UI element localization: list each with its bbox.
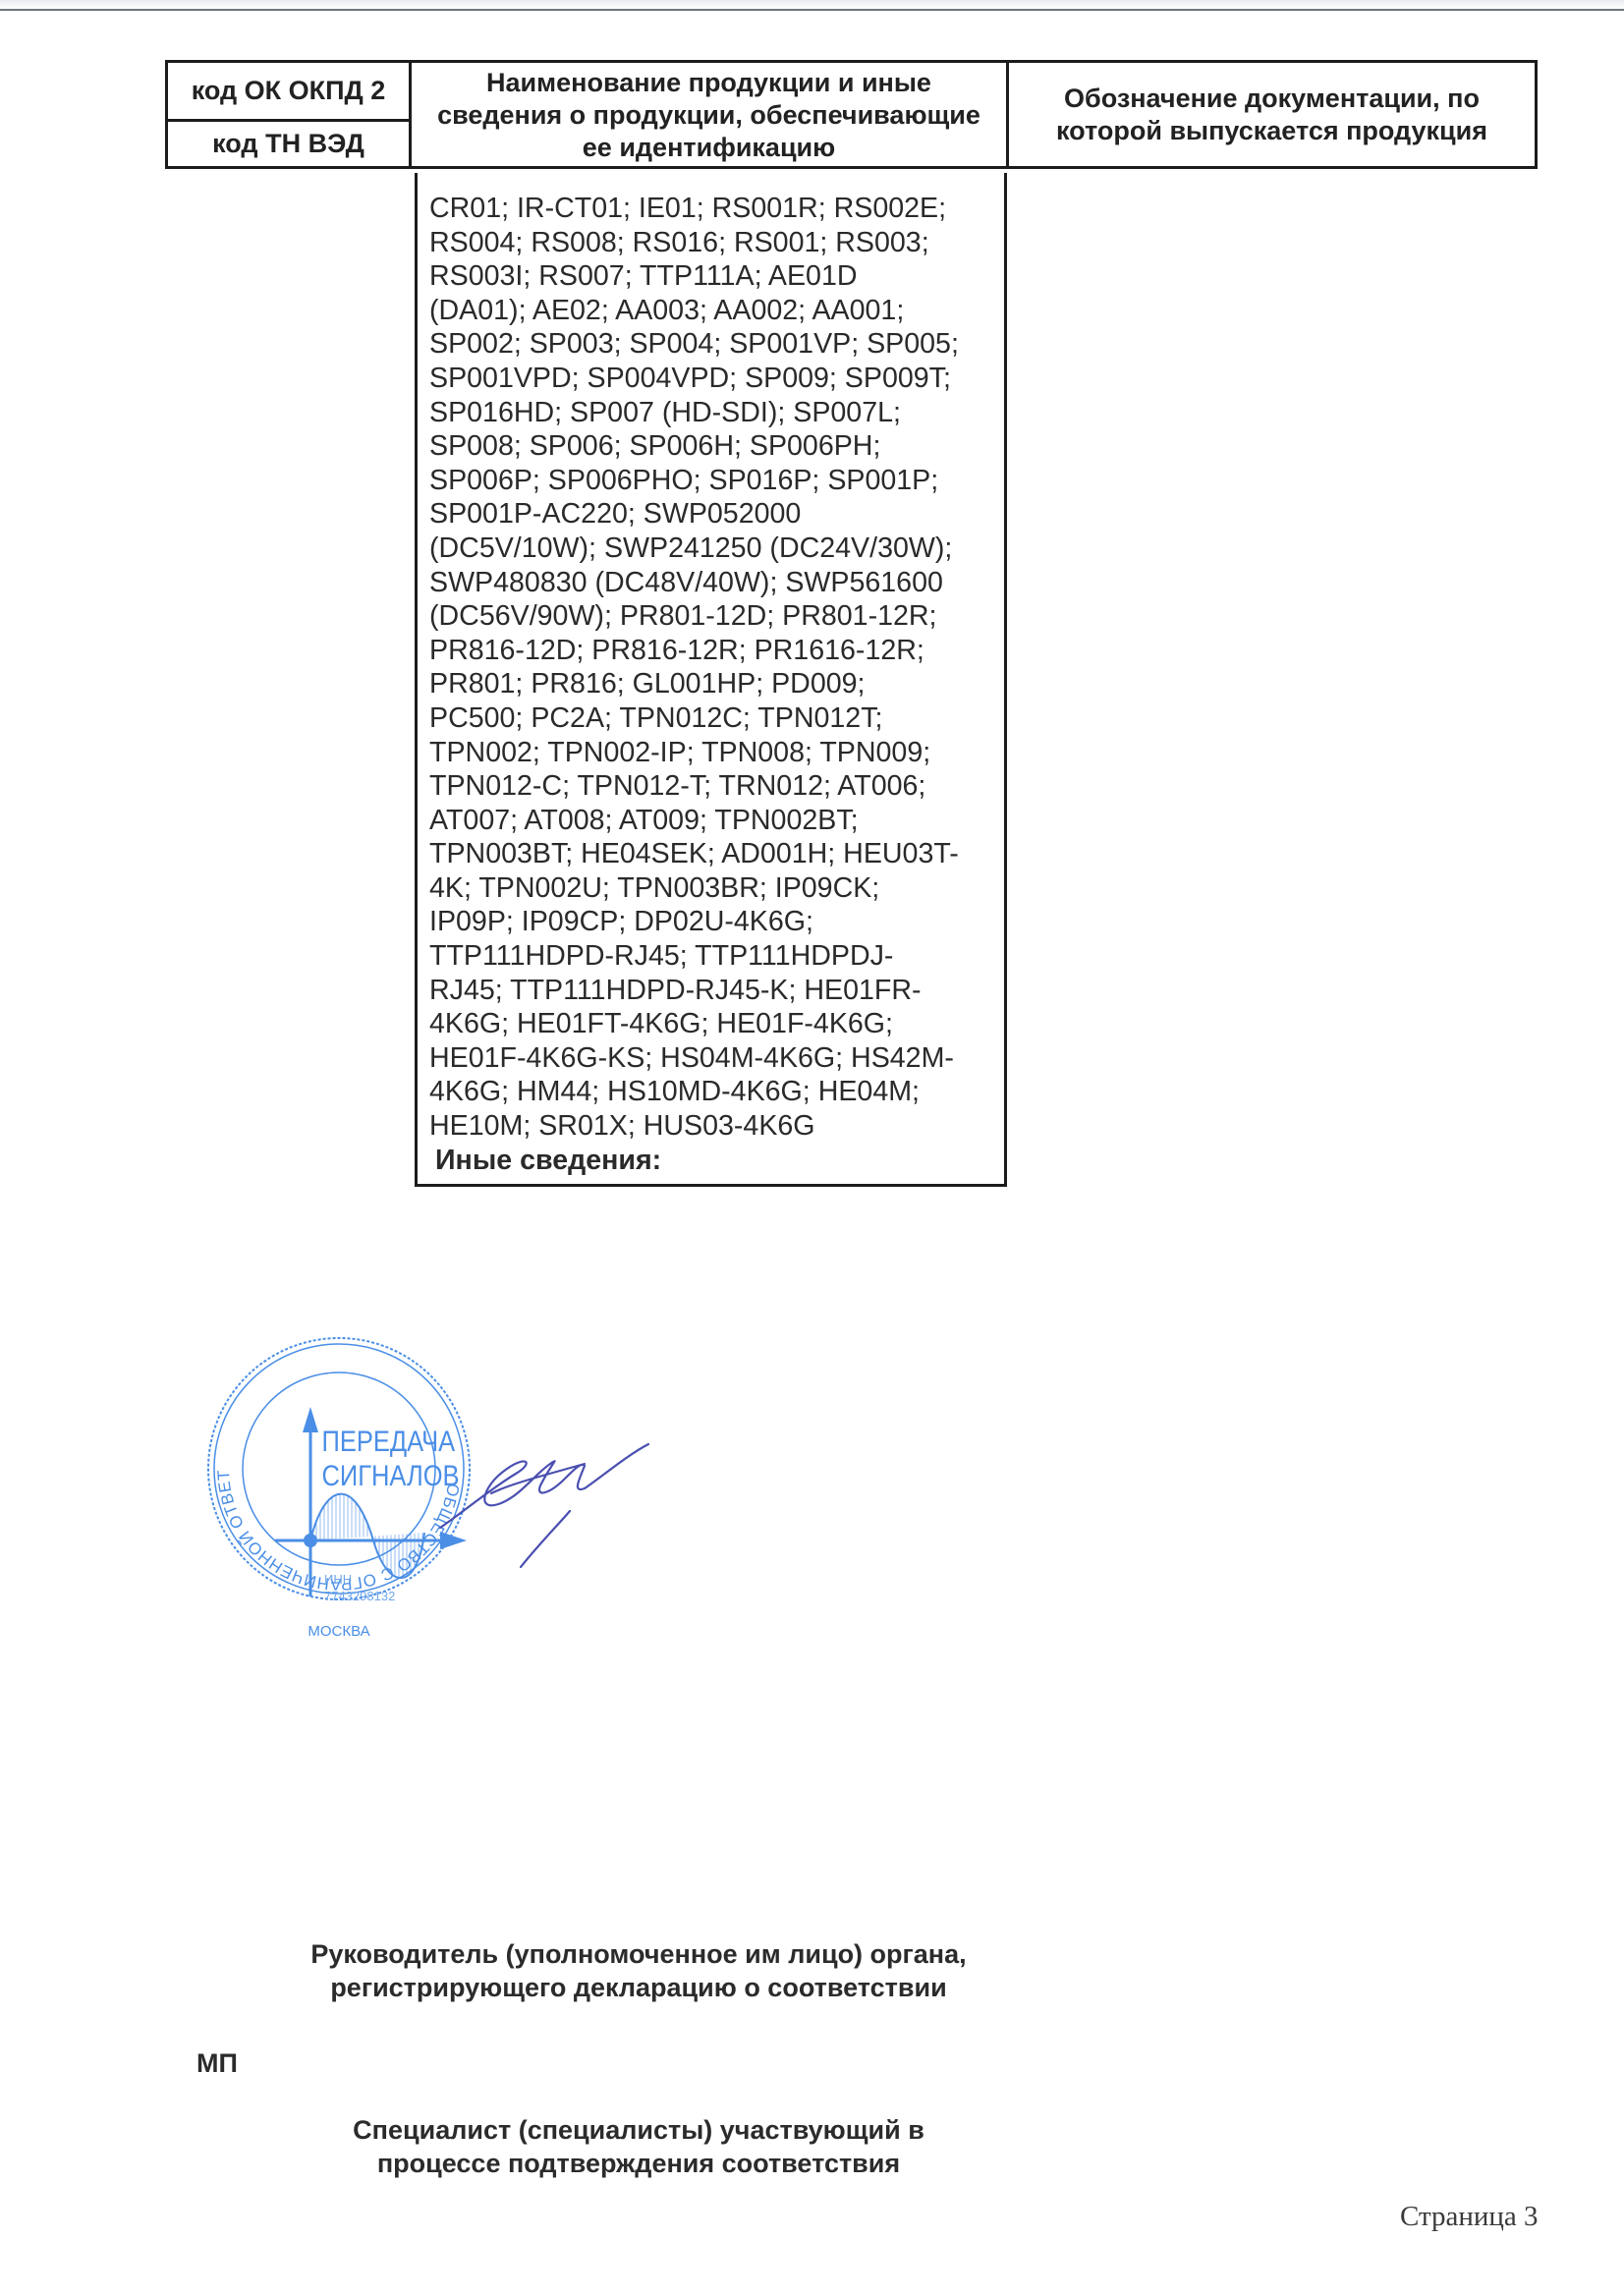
documentation-header-text: Обозначение документации, по которой вып… [1009,83,1535,147]
scan-edge [0,0,1624,11]
page-number: Страница 3 [1400,2201,1539,2233]
product-info-cell: CR01; IR-CT01; IE01; RS001R; RS002E; RS0… [415,173,1007,1187]
product-model-list: CR01; IR-CT01; IE01; RS001R; RS002E; RS0… [429,192,1004,1144]
product-name-header: Наименование продукции и иные сведения о… [411,62,1008,168]
documentation-header: Обозначение документации, по которой вып… [1008,62,1537,168]
seal-city: МОСКВА [308,1623,369,1640]
seal-inn-label: ИНН [324,1572,352,1587]
product-name-header-text: Наименование продукции и иные сведения о… [412,67,1006,164]
tnved-code-header: код ТН ВЭД [167,121,411,168]
declaration-table-header: код ОК ОКПД 2 Наименование продукции и и… [165,60,1538,169]
specialist-signature-title: Специалист (специалисты) участвующий в п… [305,2113,973,2180]
seal-place-label: МП [196,2048,238,2079]
head-signature-title: Руководитель (уполномоченное им лицо) ор… [305,1937,973,2004]
okpd-code-header: код ОК ОКПД 2 [167,62,411,121]
other-info-label: Иные сведения: [435,1144,1004,1178]
seal-title-line1: ПЕРЕДАЧА [322,1425,456,1457]
signature [440,1444,648,1567]
company-seal: ОБЩЕСТВО С ОГРАНИЧЕННОЙ ОТВЕТСТВЕННОСТЬЮ… [196,1316,668,1641]
seal-title-line2: СИГНАЛОВ [322,1459,460,1491]
seal-inn-value: 7743298132 [324,1589,395,1603]
